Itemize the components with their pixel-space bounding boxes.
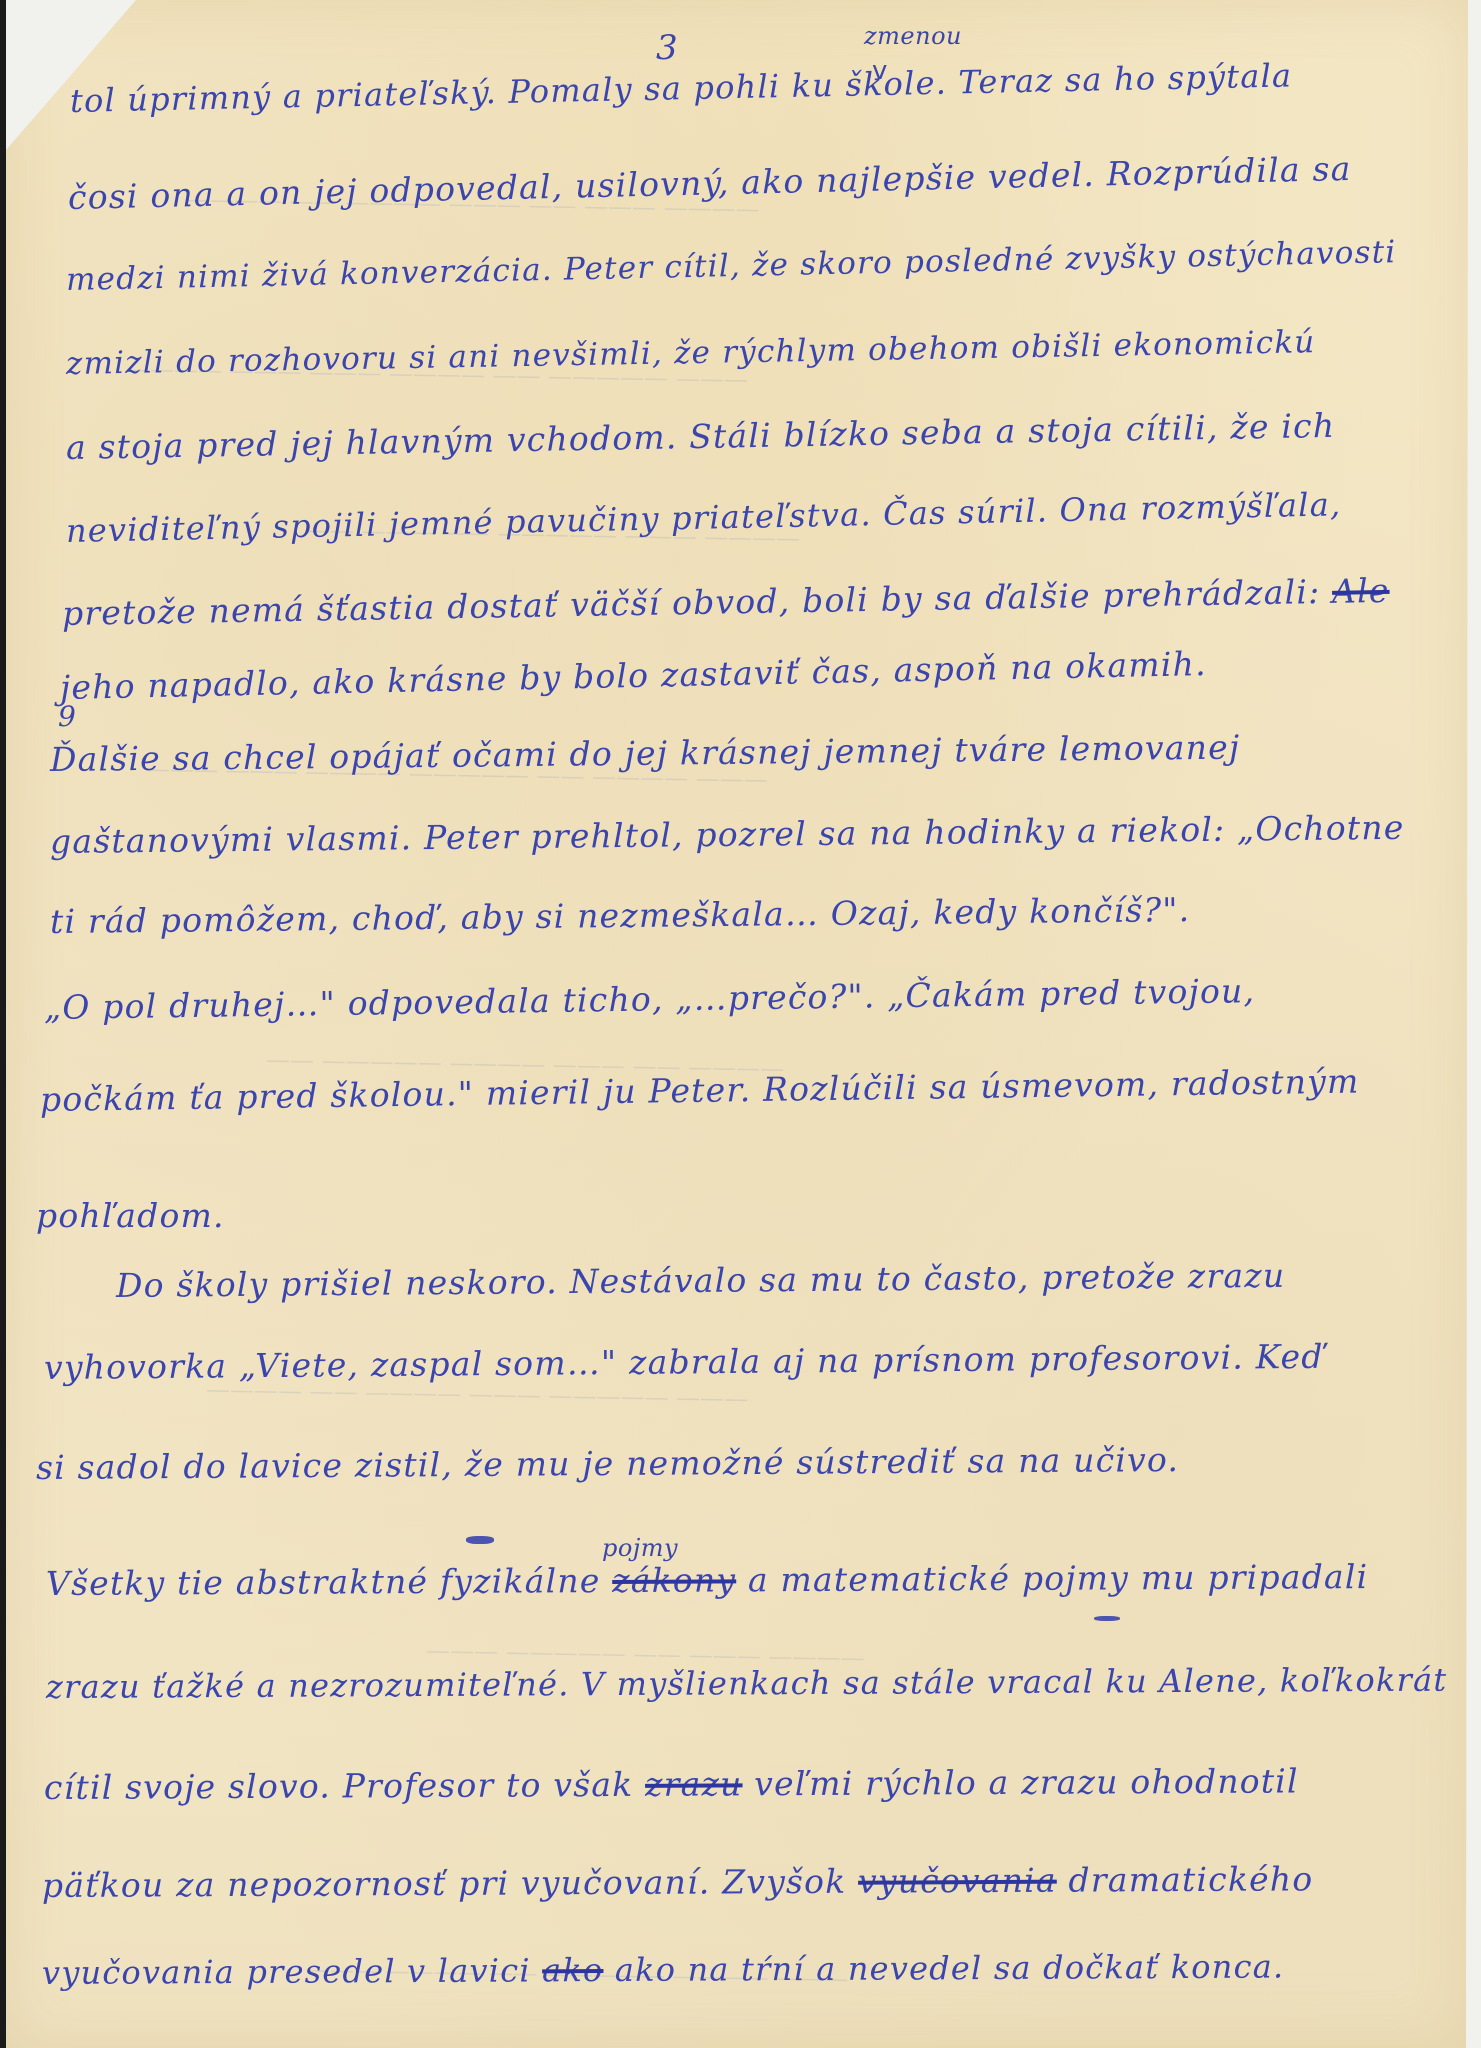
manuscript-line: medzi nimi živá konverzácia. Peter cítil… xyxy=(66,234,1397,298)
manuscript-line: neviditeľný spojili jemné pavučiny priat… xyxy=(66,485,1342,550)
manuscript-line: ti rád pomôžem, choď, aby si nezmeškala…… xyxy=(50,890,1191,941)
manuscript-line: gaštanovými vlasmi. Peter prehltol, pozr… xyxy=(50,808,1405,861)
paragraph-mark: 9 xyxy=(58,700,76,733)
insertion-annotation: pojmy xyxy=(602,1534,678,1562)
line-text: dramatického xyxy=(1057,1859,1314,1899)
line-text: a matematické pojmy mu pripadali xyxy=(736,1557,1368,1599)
manuscript-line: Všetky tie abstraktné fyzikálne zákony a… xyxy=(46,1557,1369,1603)
manuscript-line: počkám ťa pred školou." mieril ju Peter.… xyxy=(40,1062,1360,1119)
line-text: vyučovania presedel v lavici xyxy=(42,1951,542,1992)
scan-edge xyxy=(0,0,6,2048)
struck-word: zrazu xyxy=(645,1764,743,1804)
line-text: cítil svoje slovo. Profesor to však xyxy=(44,1765,645,1807)
manuscript-line: päťkou za nepozornosť pri vyučovaní. Zvy… xyxy=(42,1859,1314,1905)
manuscript-line: čosi ona a on jej odpovedal, usilovný, a… xyxy=(68,149,1352,217)
manuscript-line: si sadol do lavice zistil, že mu je nemo… xyxy=(36,1440,1179,1487)
manuscript-line: cítil svoje slovo. Profesor to však zraz… xyxy=(44,1761,1299,1807)
struck-word: vyučovania xyxy=(858,1861,1057,1901)
struck-word: zákony xyxy=(612,1560,736,1600)
manuscript-line: zmizli do rozhovoru si ani nevšimli, že … xyxy=(66,324,1316,382)
manuscript-page: ———— ——— —— ——— ———— —— ———— ——— ————— —… xyxy=(6,0,1468,2048)
manuscript-line: pretože nemá šťastia dostať väčší obvod,… xyxy=(62,571,1390,633)
line-text: päťkou za nepozornosť pri vyučovaní. Zvy… xyxy=(42,1862,858,1905)
ink-blot xyxy=(466,1536,494,1544)
manuscript-line: tol úprimný a priateľský. Pomaly sa pohl… xyxy=(70,56,1293,120)
manuscript-line: vyučovania presedel v lavici ako ako na … xyxy=(42,1947,1284,1992)
page-number: 3 xyxy=(656,28,678,68)
struck-word: Ale xyxy=(1332,571,1390,611)
manuscript-line: „O pol druhej…" odpovedala ticho, „…preč… xyxy=(44,971,1256,1027)
manuscript-line: vyhovorka „Viete, zaspal som…" zabrala a… xyxy=(44,1337,1324,1387)
manuscript-line: a stoja pred jej hlavným vchodom. Stáli … xyxy=(66,406,1336,467)
manuscript-line-paragraph-start: Do školy prišiel neskoro. Nestávalo sa m… xyxy=(116,1256,1286,1305)
line-text: pretože nemá šťastia dostať väčší obvod,… xyxy=(62,572,1333,633)
insertion-annotation: zmenou xyxy=(864,22,962,50)
manuscript-line: zrazu ťažké a nezrozumiteľné. V myšlienk… xyxy=(46,1661,1448,1706)
ink-mark xyxy=(1094,1616,1120,1621)
line-text: Všetky tie abstraktné fyzikálne xyxy=(46,1561,612,1603)
manuscript-line: Ďalšie sa chcel opájať očami do jej krás… xyxy=(50,728,1241,779)
manuscript-line: pohľadom. xyxy=(36,1196,225,1235)
struck-word: ako xyxy=(542,1951,604,1989)
manuscript-line: jeho napadlo, ako krásne by bolo zastavi… xyxy=(60,644,1207,707)
line-text: veľmi rýchlo a zrazu ohodnotil xyxy=(742,1761,1298,1803)
line-text: ako na tŕní a nevedel sa dočkať konca. xyxy=(603,1947,1284,1989)
